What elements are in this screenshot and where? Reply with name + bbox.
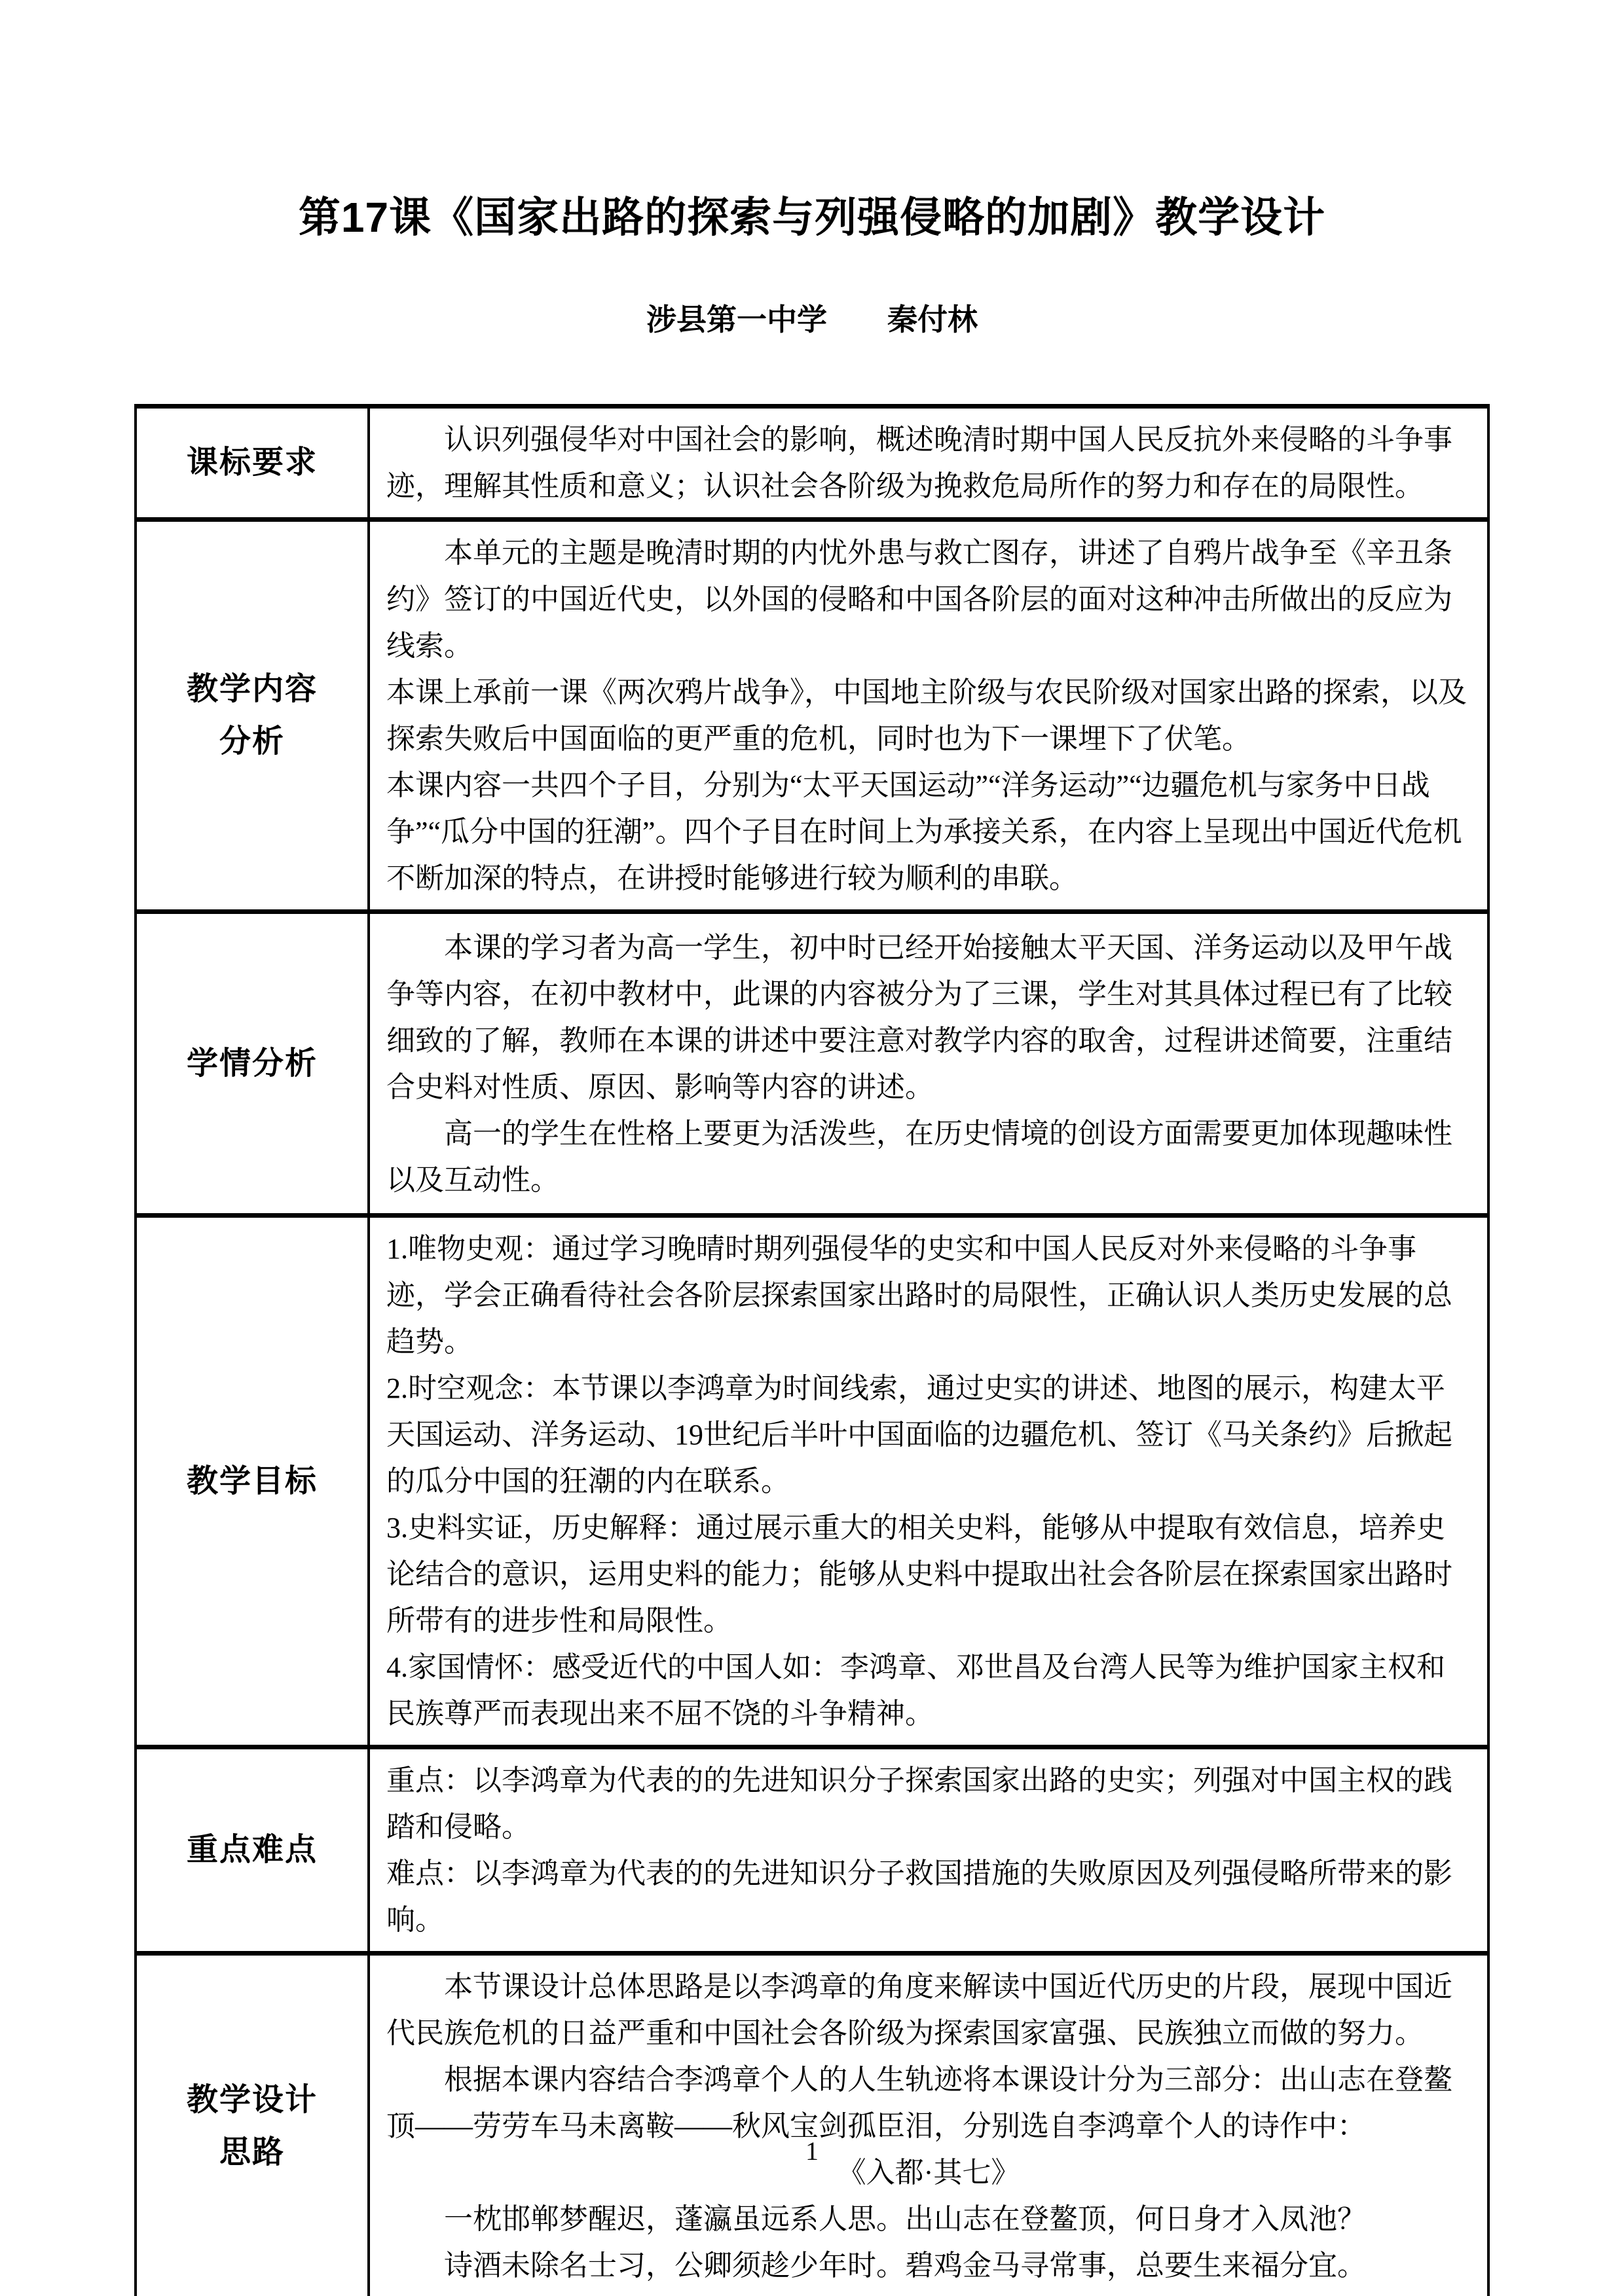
- table-row-curriculum-requirements: 课标要求 认识列强侵华对中国社会的影响，概述晚清时期中国人民反抗外来侵略的斗争事…: [136, 407, 1488, 520]
- paragraph: 2.时空观念：本节课以李鸿章为时间线索，通过史实的讲述、地图的展示，构建太平天国…: [386, 1365, 1471, 1504]
- row-content-learner-analysis: 本课的学习者为高一学生，初中时已经开始接触太平天国、洋务运动以及甲午战争等内容，…: [369, 912, 1488, 1216]
- paragraph: 1.唯物史观：通过学习晚晴时期列强侵华的史实和中国人民反对外来侵略的斗争事迹，学…: [386, 1226, 1471, 1365]
- row-label-line: 学情分析: [141, 1038, 363, 1090]
- document-page: 第17课《国家出路的探索与列强侵略的加剧》教学设计 涉县第一中学秦付林 课标要求…: [0, 0, 1624, 2296]
- school-name: 涉县第一中学: [646, 302, 827, 337]
- page-title: 第17课《国家出路的探索与列强侵略的加剧》教学设计: [0, 0, 1624, 242]
- poem-line: 诗酒未除名士习，公卿须趁少年时。碧鸡金马寻常事，总要生来福分宜。: [386, 2242, 1471, 2289]
- author-name: 秦付林: [887, 302, 978, 337]
- table-row-content-analysis: 教学内容 分析 本单元的主题是晚清时期的内忧外患与救亡图存，讲述了自鸦片战争至《…: [136, 520, 1488, 912]
- row-label-line: 教学内容: [141, 663, 363, 716]
- row-content-content-analysis: 本单元的主题是晚清时期的内忧外患与救亡图存，讲述了自鸦片战争至《辛丑条约》签订的…: [369, 520, 1488, 912]
- row-label-content-analysis: 教学内容 分析: [136, 520, 369, 912]
- lesson-plan-table: 课标要求 认识列强侵华对中国社会的影响，概述晚清时期中国人民反抗外来侵略的斗争事…: [134, 404, 1490, 2296]
- row-label-line: 分析: [141, 716, 363, 768]
- paragraph: 高一的学生在性格上要更为活泼些，在历史情境的创设方面需要更加体现趣味性以及互动性…: [386, 1110, 1471, 1203]
- row-content-curriculum-requirements: 认识列强侵华对中国社会的影响，概述晚清时期中国人民反抗外来侵略的斗争事迹，理解其…: [369, 407, 1488, 520]
- table-row-key-difficult-points: 重点难点 重点：以李鸿章为代表的的先进知识分子探索国家出路的史实；列强对中国主权…: [136, 1747, 1488, 1954]
- row-content-design-approach: 本节课设计总体思路是以李鸿章的角度来解读中国近代历史的片段，展现中国近代民族危机…: [369, 1954, 1488, 2296]
- paragraph: 本课的学习者为高一学生，初中时已经开始接触太平天国、洋务运动以及甲午战争等内容，…: [386, 924, 1471, 1110]
- page-number: 1: [0, 2136, 1624, 2166]
- row-content-key-difficult-points: 重点：以李鸿章为代表的的先进知识分子探索国家出路的史实；列强对中国主权的践踏和侵…: [369, 1747, 1488, 1954]
- row-label-line: 课标要求: [141, 437, 363, 489]
- paragraph: 本课上承前一课《两次鸦片战争》，中国地主阶级与农民阶级对国家出路的探索，以及探索…: [386, 669, 1471, 762]
- paragraph: 认识列强侵华对中国社会的影响，概述晚清时期中国人民反抗外来侵略的斗争事迹，理解其…: [386, 416, 1471, 509]
- row-label-line: 教学目标: [141, 1455, 363, 1508]
- paragraph: 3.史料实证，历史解释：通过展示重大的相关史料，能够从中提取有效信息，培养史论结…: [386, 1504, 1471, 1644]
- poem-line: 一枕邯郸梦醒迟，蓬瀛虽远系人思。出山志在登鳌顶，何日身才入凤池？: [386, 2196, 1471, 2242]
- byline: 涉县第一中学秦付林: [0, 302, 1624, 337]
- paragraph: 本单元的主题是晚清时期的内忧外患与救亡图存，讲述了自鸦片战争至《辛丑条约》签订的…: [386, 530, 1471, 669]
- table-row-design-approach: 教学设计 思路 本节课设计总体思路是以李鸿章的角度来解读中国近代历史的片段，展现…: [136, 1954, 1488, 2296]
- paragraph: 本课内容一共四个子目，分别为“太平天国运动”“洋务运动”“边疆危机与家务中日战争…: [386, 762, 1471, 902]
- row-label-teaching-objectives: 教学目标: [136, 1216, 369, 1747]
- row-label-curriculum-requirements: 课标要求: [136, 407, 369, 520]
- paragraph: 重点：以李鸿章为代表的的先进知识分子探索国家出路的史实；列强对中国主权的践踏和侵…: [386, 1757, 1471, 1850]
- paragraph: 4.家国情怀：感受近代的中国人如：李鸿章、邓世昌及台湾人民等为维护国家主权和民族…: [386, 1644, 1471, 1737]
- paragraph: 难点：以李鸿章为代表的的先进知识分子救国措施的失败原因及列强侵略所带来的影响。: [386, 1850, 1471, 1943]
- paragraph: 本节课设计总体思路是以李鸿章的角度来解读中国近代历史的片段，展现中国近代民族危机…: [386, 1963, 1471, 2056]
- table-row-teaching-objectives: 教学目标 1.唯物史观：通过学习晚晴时期列强侵华的史实和中国人民反对外来侵略的斗…: [136, 1216, 1488, 1747]
- row-label-line: 教学设计: [141, 2074, 363, 2126]
- row-label-line: 重点难点: [141, 1824, 363, 1876]
- row-label-key-difficult-points: 重点难点: [136, 1747, 369, 1954]
- row-content-teaching-objectives: 1.唯物史观：通过学习晚晴时期列强侵华的史实和中国人民反对外来侵略的斗争事迹，学…: [369, 1216, 1488, 1747]
- table-row-learner-analysis: 学情分析 本课的学习者为高一学生，初中时已经开始接触太平天国、洋务运动以及甲午战…: [136, 912, 1488, 1216]
- row-label-learner-analysis: 学情分析: [136, 912, 369, 1216]
- row-label-design-approach: 教学设计 思路: [136, 1954, 369, 2296]
